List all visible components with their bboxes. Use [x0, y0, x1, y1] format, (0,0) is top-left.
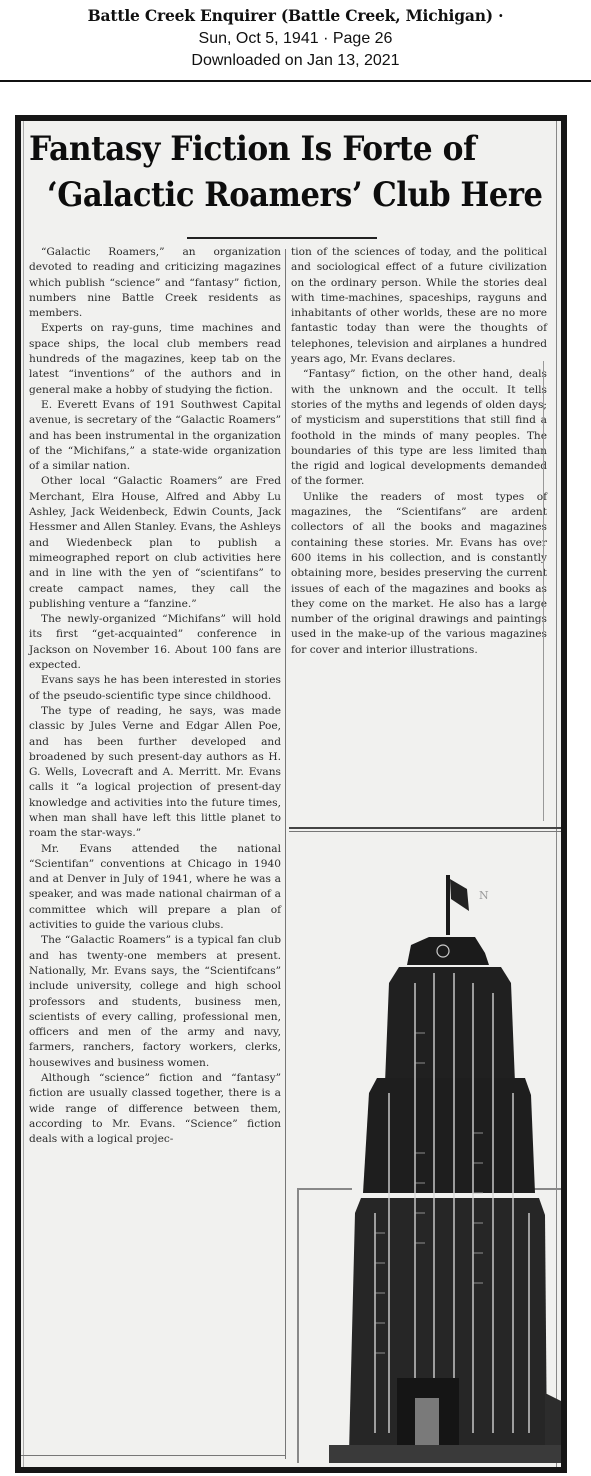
paragraph: “Fantasy” fiction, on the other hand, de… — [291, 367, 547, 489]
publication-date-page: Sun, Oct 5, 1941 · Page 26 — [0, 30, 591, 48]
headline-line-2: ‘Galactic Roamers’ Club Here — [47, 175, 543, 215]
article-column-right: tion of the sciences of today, and the p… — [291, 245, 547, 658]
paragraph: The “Galactic Roamers” is a typical fan … — [29, 933, 281, 1071]
skyscraper-icon — [289, 833, 561, 1463]
paragraph: Experts on ray-guns, time machines and s… — [29, 321, 281, 397]
paragraph: E. Everett Evans of 191 Southwest Capita… — [29, 398, 281, 474]
section-rule-thin — [289, 831, 561, 832]
paragraph: The newly-organized “Michifans” will hol… — [29, 612, 281, 673]
paragraph: Other local “Galactic Roamers” are Fred … — [29, 474, 281, 612]
article-column-left: “Galactic Roamers,” an organization devo… — [29, 245, 281, 1148]
paragraph: tion of the sciences of today, and the p… — [291, 245, 547, 367]
paragraph: “Galactic Roamers,” an organization devo… — [29, 245, 281, 321]
headline-line-1: Fantasy Fiction Is Forte of — [29, 129, 476, 169]
clipping-paper: Fantasy Fiction Is Forte of ‘Galactic Ro… — [21, 121, 561, 1467]
header-divider — [0, 80, 591, 82]
column-border-right — [543, 361, 544, 821]
publication-name: Battle Creek Enquirer (Battle Creek, Mic… — [0, 6, 591, 25]
clipping-source-header: Battle Creek Enquirer (Battle Creek, Mic… — [0, 0, 591, 82]
paragraph: Mr. Evans attended the national “Scienti… — [29, 842, 281, 934]
bottom-rule — [21, 1455, 286, 1456]
section-rule — [289, 827, 561, 829]
paper-edge-left — [23, 121, 24, 1467]
headline-rule — [187, 237, 377, 239]
paragraph: Unlike the readers of most types of maga… — [291, 490, 547, 658]
paragraph: Evans says he has been interested in sto… — [29, 673, 281, 704]
skyscraper-illustration: N — [289, 833, 561, 1463]
paragraph: Although “science” fiction and “fantasy”… — [29, 1071, 281, 1147]
download-date: Downloaded on Jan 13, 2021 — [0, 52, 591, 70]
paragraph: The type of reading, he says, was made c… — [29, 704, 281, 842]
newspaper-clipping: Fantasy Fiction Is Forte of ‘Galactic Ro… — [15, 115, 567, 1473]
column-divider — [285, 249, 286, 1459]
